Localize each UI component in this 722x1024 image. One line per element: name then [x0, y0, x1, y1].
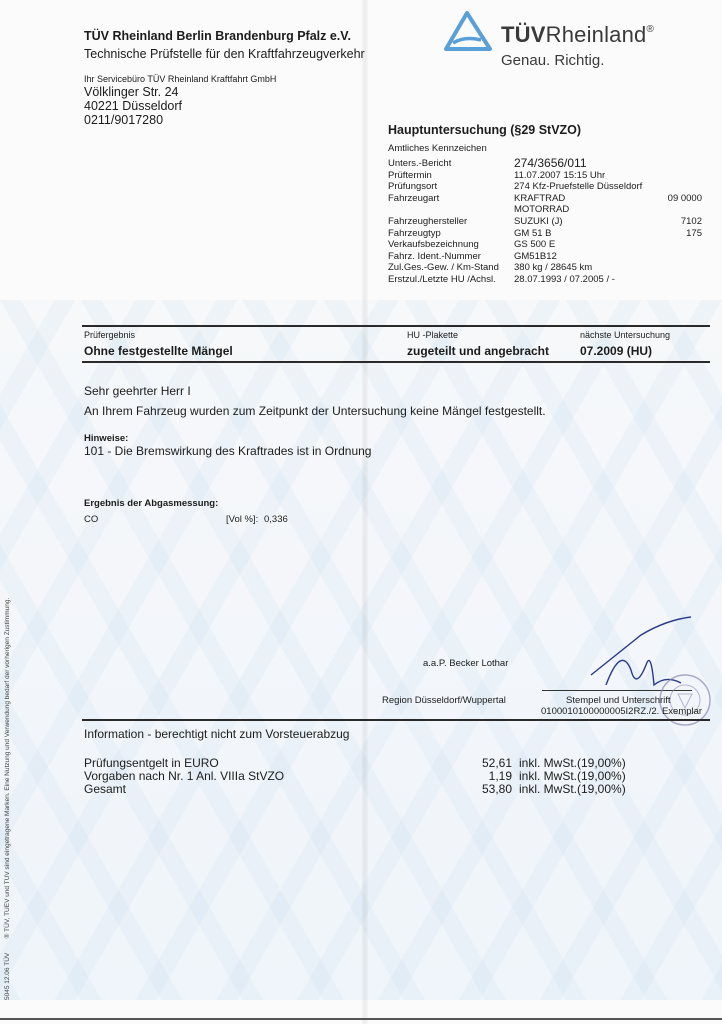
detail-label: Fahrzeughersteller: [388, 216, 467, 227]
detail-value: GM51B12: [514, 251, 557, 262]
detail-row: Prüftermin11.07.2007 15:15 Uhr: [388, 170, 708, 182]
issuer-subtitle: Technische Prüfstelle für den Kraftfahrz…: [84, 47, 365, 61]
plakette-value: zugeteilt und angebracht: [407, 344, 549, 358]
detail-label: Verkaufsbezeichnung: [388, 239, 479, 250]
detail-row: FahrzeugartKRAFTRAD09 0000: [388, 193, 708, 205]
emissions-value: 0,336: [264, 514, 288, 525]
detail-label: Fahrz. Ident.-Nummer: [388, 251, 481, 262]
detail-row: VerkaufsbezeichnungGS 500 E: [388, 239, 708, 251]
detail-label: Prüftermin: [388, 170, 432, 181]
fee-tax: inkl. MwSt.(19,00%): [519, 769, 626, 783]
detail-row: Unters.-Bericht274/3656/011: [388, 158, 708, 170]
region: Region Düsseldorf/Wuppertal: [382, 695, 506, 706]
fee-amount: 52,61: [452, 756, 512, 770]
detail-extra: 175: [686, 228, 702, 239]
paper-fold: [362, 0, 368, 1024]
divider: [82, 361, 710, 363]
fee-tax: inkl. MwSt.(19,00%): [519, 756, 626, 770]
inspection-details: Unters.-Bericht274/3656/011Prüftermin11.…: [388, 158, 708, 286]
divider: [82, 325, 710, 327]
service-office: Ihr Servicebüro TÜV Rheinland Kraftfahrt…: [84, 74, 276, 84]
notes-title: Hinweise:: [84, 433, 128, 444]
salutation: Sehr geehrter Herr I: [84, 384, 191, 398]
detail-label: Fahrzeugtyp: [388, 228, 441, 239]
fee-label: Gesamt: [84, 782, 126, 796]
page-edge: [0, 1018, 722, 1020]
next-inspection-label: nächste Untersuchung: [580, 330, 670, 340]
detail-value: 274/3656/011: [514, 156, 587, 170]
brand-tagline: Genau. Richtig.: [501, 52, 604, 69]
detail-label: Prüfungsort: [388, 181, 437, 192]
issuer-phone: 0211/9017280: [84, 113, 163, 127]
footer-note: 5045 12.06 TÜV ® TÜV, TUEV und TUV sind …: [4, 598, 11, 1000]
detail-label: Zul.Ges.-Gew. / Km-Stand: [388, 262, 499, 273]
statement: An Ihrem Fahrzeug wurden zum Zeitpunkt d…: [84, 404, 546, 418]
detail-row: MOTORRAD: [388, 204, 708, 216]
plakette-label: HU -Plakette: [407, 330, 458, 340]
detail-value: GS 500 E: [514, 239, 555, 250]
detail-row: Fahrz. Ident.-NummerGM51B12: [388, 251, 708, 263]
detail-value: 28.07.1993 / 07.2005 / -: [514, 274, 615, 285]
emissions-title: Ergebnis der Abgasmessung:: [84, 498, 218, 509]
detail-row: Erstzul./Letzte HU /Achsl.28.07.1993 / 0…: [388, 274, 708, 286]
fee-amount: 1,19: [452, 769, 512, 783]
emissions-unit: [Vol %]:: [226, 514, 258, 525]
fee-label: Vorgaben nach Nr. 1 Anl. VIIIa StVZO: [84, 769, 284, 783]
detail-value: SUZUKI (J): [514, 216, 563, 227]
fee-amount: 53,80: [452, 782, 512, 796]
fee-label: Prüfungsentgelt in EURO: [84, 756, 219, 770]
tuv-triangle-logo-icon: [443, 10, 493, 52]
brand-name: TÜVRheinland®: [501, 22, 654, 48]
detail-value: KRAFTRAD: [514, 193, 565, 204]
tax-info: Information - berechtigt nicht zum Vorst…: [84, 727, 349, 741]
document-code: 0100010100000005I2RZ./2. Exemplar: [541, 706, 702, 717]
detail-label: Unters.-Bericht: [388, 158, 451, 169]
emissions-gas: CO: [84, 514, 98, 525]
next-inspection-value: 07.2009 (HU): [580, 344, 652, 358]
detail-label: Fahrzeugart: [388, 193, 439, 204]
inspection-title: Hauptuntersuchung (§29 StVZO): [388, 123, 581, 137]
detail-value: 380 kg / 28645 km: [514, 262, 592, 273]
detail-extra: 09 0000: [668, 193, 702, 204]
note-item: 101 - Die Bremswirkung des Kraftrades is…: [84, 444, 371, 458]
divider: [82, 719, 710, 721]
detail-value: MOTORRAD: [514, 204, 569, 215]
issuer-city: 40221 Düsseldorf: [84, 99, 182, 113]
detail-label: Erstzul./Letzte HU /Achsl.: [388, 274, 496, 285]
detail-value: GM 51 B: [514, 228, 552, 239]
detail-row: Zul.Ges.-Gew. / Km-Stand380 kg / 28645 k…: [388, 262, 708, 274]
detail-value: 274 Kfz-Pruefstelle Düsseldorf: [514, 181, 642, 192]
issuer-name: TÜV Rheinland Berlin Brandenburg Pfalz e…: [84, 29, 351, 43]
issuer-street: Völklinger Str. 24: [84, 85, 179, 99]
detail-row: Prüfungsort274 Kfz-Pruefstelle Düsseldor…: [388, 181, 708, 193]
fee-tax: inkl. MwSt.(19,00%): [519, 782, 626, 796]
plate-label: Amtliches Kennzeichen: [388, 143, 487, 154]
stamp-label: Stempel und Unterschrift: [566, 695, 671, 706]
detail-extra: 7102: [681, 216, 702, 227]
detail-row: FahrzeugherstellerSUZUKI (J)7102: [388, 216, 708, 228]
detail-row: FahrzeugtypGM 51 B175: [388, 228, 708, 240]
detail-value: 11.07.2007 15:15 Uhr: [514, 170, 605, 181]
result-label: Prüfergebnis: [84, 330, 135, 340]
signer-name: a.a.P. Becker Lothar: [423, 658, 508, 669]
result-value: Ohne festgestellte Mängel: [84, 344, 233, 358]
